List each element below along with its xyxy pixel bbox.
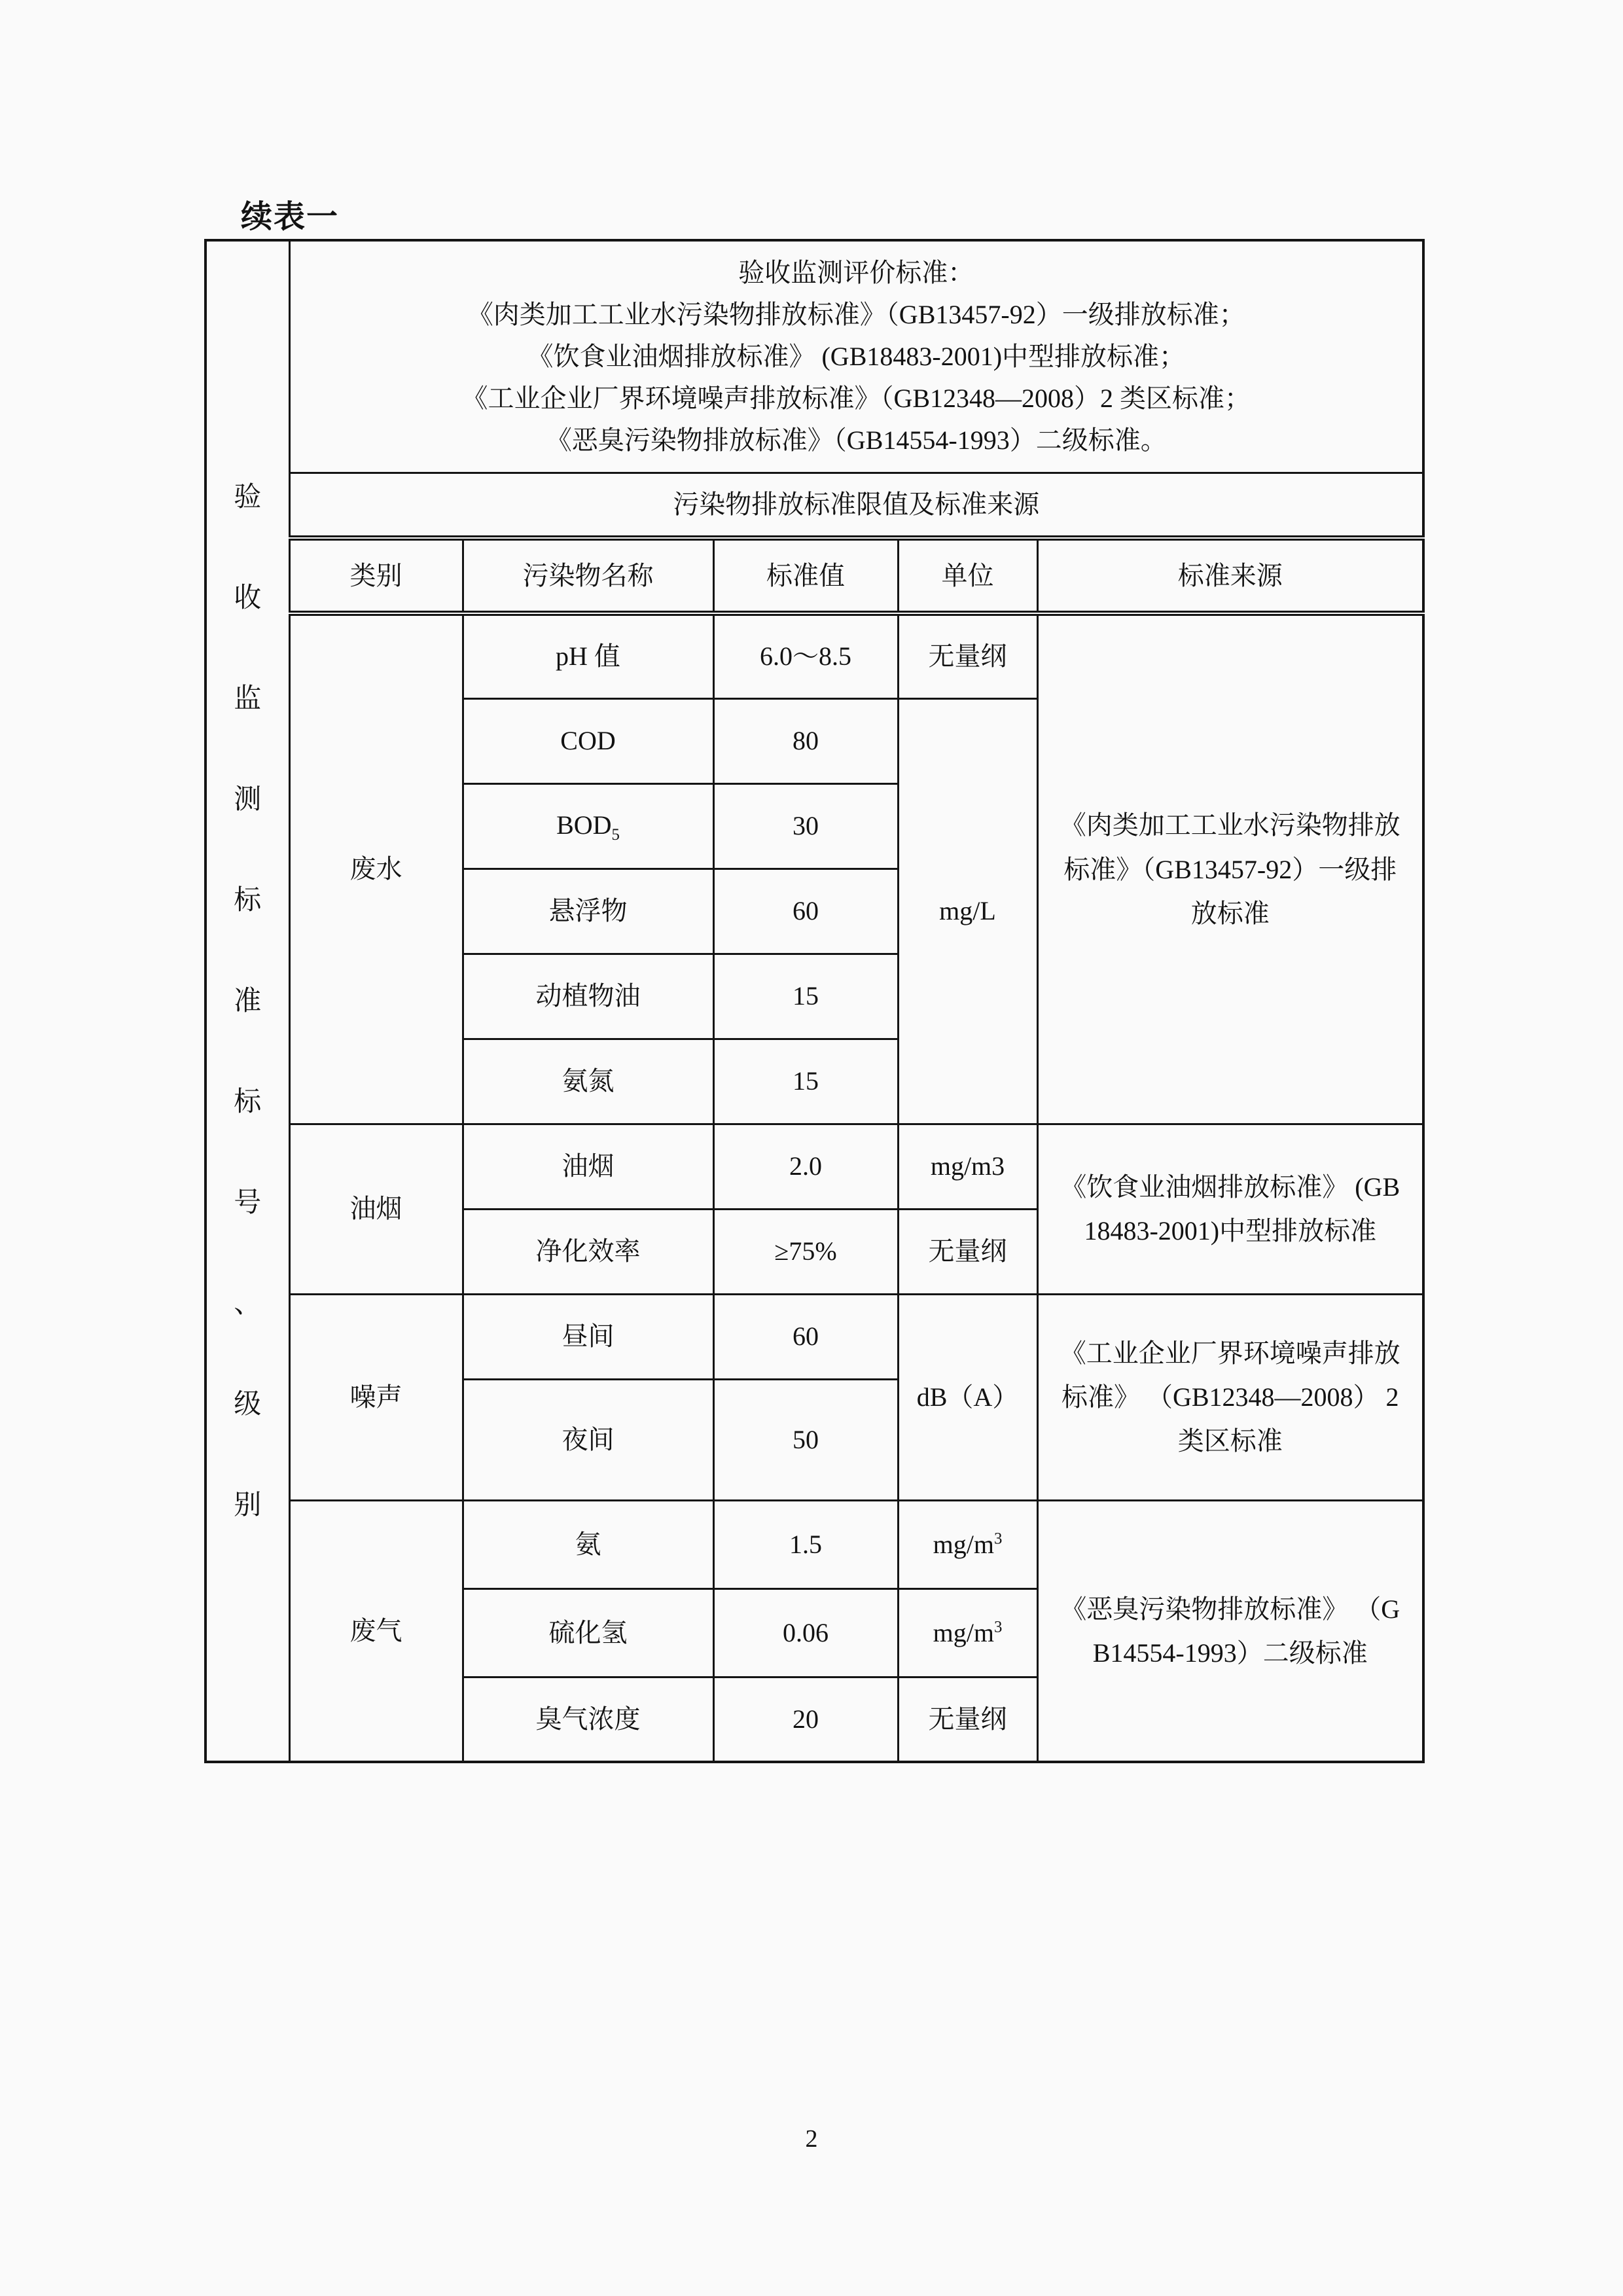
cell-efficiency-unit: 无量纲 — [898, 1209, 1037, 1294]
header-pollutant: 污染物名称 — [463, 538, 713, 613]
standards-table: 验 收 监 测 标 准 标 号 、 级 别 验收监测评价标准： 《肉类加工工业水… — [204, 239, 1425, 1763]
eval-line: 验收监测评价标准： — [310, 252, 1403, 294]
vlabel-char: 别 — [234, 1492, 261, 1519]
cell-fume-value: 2.0 — [713, 1124, 898, 1209]
cell-category-gas: 废气 — [289, 1500, 463, 1762]
header-unit: 单位 — [898, 538, 1037, 613]
h2s-unit-sup: 3 — [994, 1618, 1002, 1636]
cell-bod-name: BOD5 — [463, 783, 713, 869]
header-source: 标准来源 — [1037, 538, 1423, 613]
vertical-row-label-chars: 验 收 监 测 标 准 标 号 、 级 别 — [207, 249, 289, 1754]
cell-nh3n-name: 氨氮 — [463, 1039, 713, 1124]
nh3-unit-sup: 3 — [994, 1530, 1002, 1547]
eval-line: 《饮食业油烟排放标准》 (GB18483-2001)中型排放标准； — [310, 336, 1403, 378]
table-row: 废水 pH 值 6.0～8.5 无量纲 《肉类加工工业水污染物排放标准》（GB1… — [205, 613, 1423, 698]
cell-ph-name: pH 值 — [463, 613, 713, 698]
cell-nh3-unit: mg/m3 — [898, 1500, 1037, 1588]
vlabel-char: 标 — [234, 887, 261, 914]
cell-wastewater-source: 《肉类加工工业水污染物排放标准》（GB13457-92）一级排放标准 — [1037, 613, 1423, 1124]
page-number: 2 — [0, 2125, 1623, 2153]
cell-fume-name: 油烟 — [463, 1124, 713, 1209]
cell-wastewater-unit: mg/L — [898, 698, 1037, 1124]
vlabel-char: 、 — [234, 1290, 261, 1318]
cell-category-noise: 噪声 — [289, 1294, 463, 1500]
vlabel-char: 测 — [234, 786, 261, 814]
cell-category-wastewater: 废水 — [289, 613, 463, 1124]
cell-bod-value: 30 — [713, 783, 898, 869]
cell-odor-value: 20 — [713, 1677, 898, 1762]
eval-line: 《工业企业厂界环境噪声排放标准》（GB12348—2008）2 类区标准； — [310, 378, 1403, 420]
cell-ss-value: 60 — [713, 869, 898, 954]
vlabel-char: 号 — [234, 1189, 261, 1217]
table-header-row: 类别 污染物名称 标准值 单位 标准来源 — [205, 538, 1423, 613]
cell-cod-name: COD — [463, 698, 713, 783]
cell-nh3n-value: 15 — [713, 1039, 898, 1124]
header-category: 类别 — [289, 538, 463, 613]
table-row: 废气 氨 1.5 mg/m3 《恶臭污染物排放标准》 （GB14554-1993… — [205, 1500, 1423, 1588]
eval-line: 《肉类加工工业水污染物排放标准》（GB13457-92）一级排放标准； — [310, 294, 1403, 336]
table-row: 污染物排放标准限值及标准来源 — [205, 473, 1423, 538]
cell-gas-source: 《恶臭污染物排放标准》 （GB14554-1993）二级标准 — [1037, 1500, 1423, 1762]
page-title: 续表一 — [241, 191, 339, 236]
h2s-unit-main: mg/m — [933, 1618, 994, 1647]
table-row: 验 收 监 测 标 准 标 号 、 级 别 验收监测评价标准： 《肉类加工工业水… — [205, 240, 1423, 473]
cell-night-value: 50 — [713, 1379, 898, 1500]
bod-subscript: 5 — [612, 826, 620, 844]
bod-label: BOD — [556, 810, 611, 840]
cell-odor-unit: 无量纲 — [898, 1677, 1037, 1762]
cell-efficiency-value: ≥75% — [713, 1209, 898, 1294]
cell-odor-name: 臭气浓度 — [463, 1677, 713, 1762]
document-page: { "page": { "heading": "续表一", "page_numb… — [0, 0, 1623, 2296]
cell-nh3-name: 氨 — [463, 1500, 713, 1588]
cell-fume-source: 《饮食业油烟排放标准》 (GB18483-2001)中型排放标准 — [1037, 1124, 1423, 1294]
cell-animal-oil-name: 动植物油 — [463, 954, 713, 1039]
vlabel-char: 标 — [234, 1088, 261, 1116]
cell-category-fume: 油烟 — [289, 1124, 463, 1294]
evaluation-standards-cell: 验收监测评价标准： 《肉类加工工业水污染物排放标准》（GB13457-92）一级… — [289, 240, 1423, 473]
vlabel-char: 监 — [234, 685, 261, 713]
cell-fume-unit: mg/m3 — [898, 1124, 1037, 1209]
cell-h2s-value: 0.06 — [713, 1588, 898, 1677]
cell-noise-source: 《工业企业厂界环境噪声排放标准》 （GB12348—2008） 2 类区标准 — [1037, 1294, 1423, 1500]
table-row: 噪声 昼间 60 dB（A） 《工业企业厂界环境噪声排放标准》 （GB12348… — [205, 1294, 1423, 1379]
cell-day-value: 60 — [713, 1294, 898, 1379]
cell-ph-unit: 无量纲 — [898, 613, 1037, 698]
eval-line: 《恶臭污染物排放标准》（GB14554-1993）二级标准。 — [310, 420, 1403, 461]
table-row: 油烟 油烟 2.0 mg/m3 《饮食业油烟排放标准》 (GB18483-200… — [205, 1124, 1423, 1209]
vertical-row-label: 验 收 监 测 标 准 标 号 、 级 别 — [205, 240, 289, 1762]
cell-ss-name: 悬浮物 — [463, 869, 713, 954]
cell-day-name: 昼间 — [463, 1294, 713, 1379]
vlabel-char: 验 — [234, 484, 261, 511]
cell-night-name: 夜间 — [463, 1379, 713, 1500]
standards-table-grid: 验 收 监 测 标 准 标 号 、 级 别 验收监测评价标准： 《肉类加工工业水… — [204, 239, 1425, 1763]
header-value: 标准值 — [713, 538, 898, 613]
nh3-unit-main: mg/m — [933, 1530, 994, 1559]
vlabel-char: 准 — [234, 988, 261, 1015]
cell-h2s-unit: mg/m3 — [898, 1588, 1037, 1677]
cell-animal-oil-value: 15 — [713, 954, 898, 1039]
cell-noise-unit: dB（A） — [898, 1294, 1037, 1500]
section-title-cell: 污染物排放标准限值及标准来源 — [289, 473, 1423, 538]
vlabel-char: 收 — [234, 584, 261, 612]
cell-cod-value: 80 — [713, 698, 898, 783]
cell-efficiency-name: 净化效率 — [463, 1209, 713, 1294]
cell-nh3-value: 1.5 — [713, 1500, 898, 1588]
cell-h2s-name: 硫化氢 — [463, 1588, 713, 1677]
vlabel-char: 级 — [234, 1391, 261, 1418]
cell-ph-value: 6.0～8.5 — [713, 613, 898, 698]
